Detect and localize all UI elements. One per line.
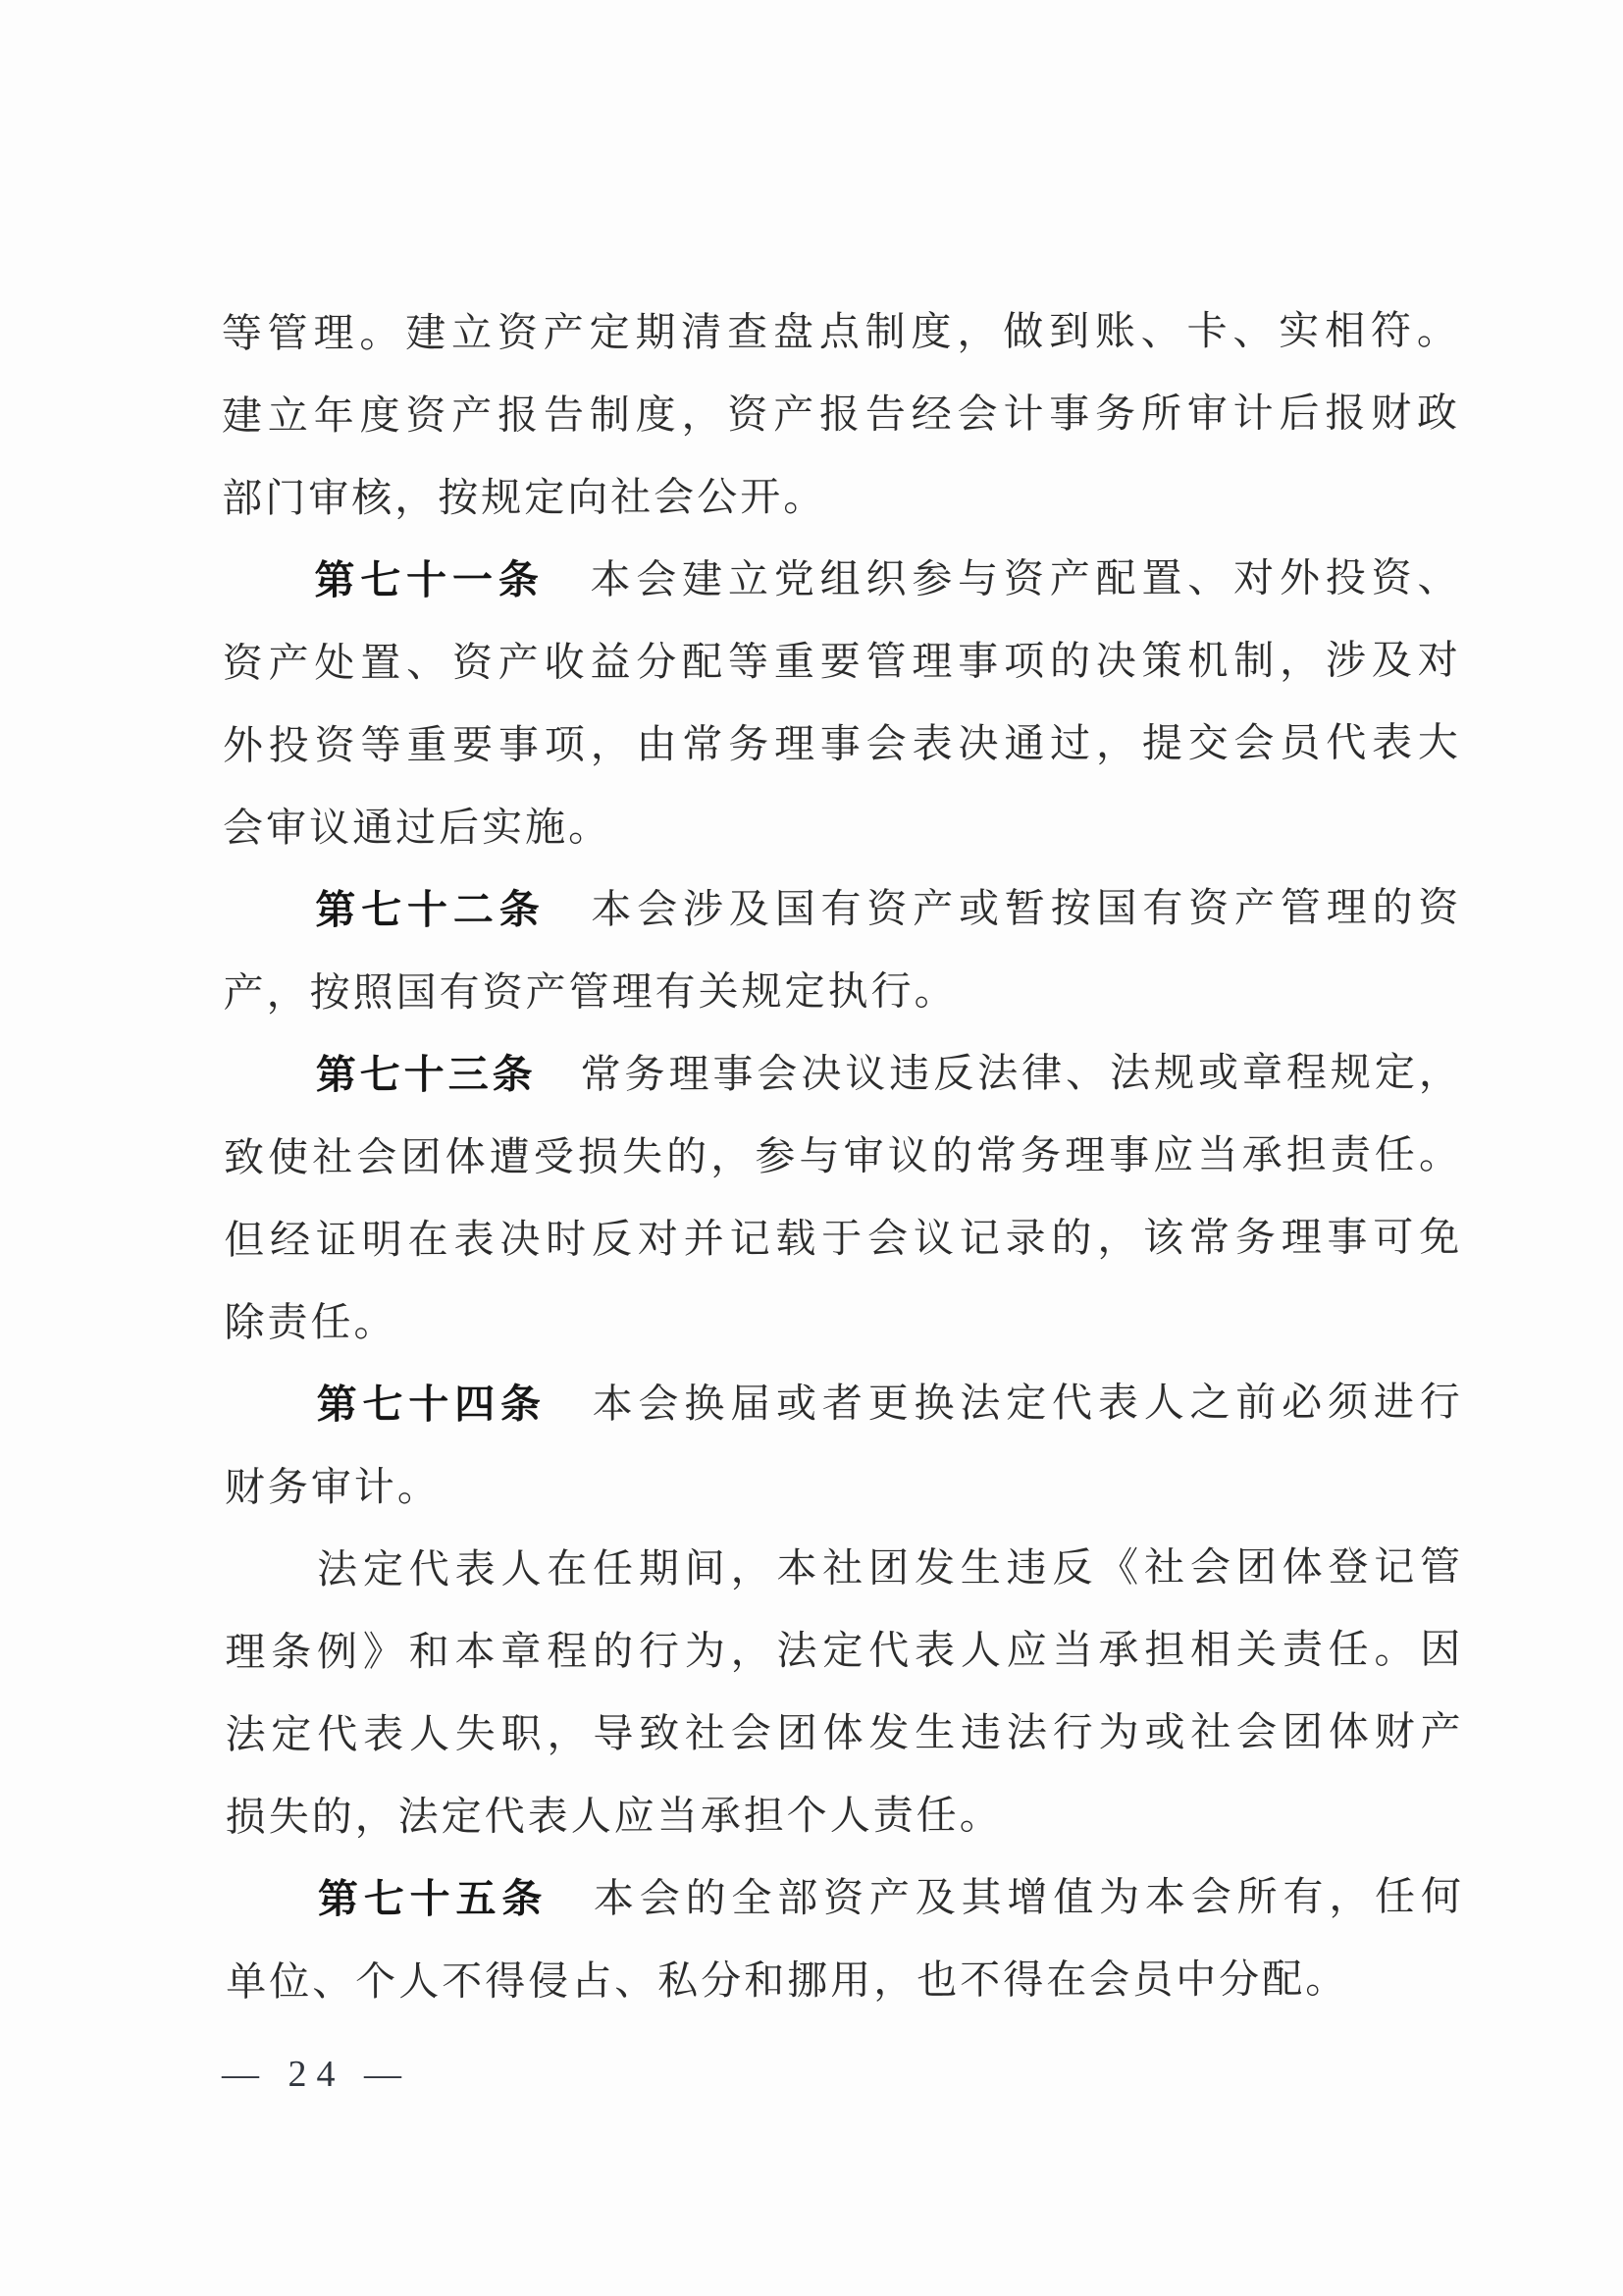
text-line: 财务审计。 (225, 1442, 1463, 1528)
text-segment: 财务审计。 (225, 1464, 441, 1510)
text-segment: 法定代表人在任期间，本社团发生违反《社会团体登记管 (317, 1543, 1463, 1592)
text-line: 部门审核，按规定向社会公开。 (222, 453, 1460, 539)
text-line: 理条例》和本章程的行为，法定代表人应当承担相关责任。因 (225, 1607, 1463, 1693)
article-number: 第七十四条 (317, 1382, 547, 1428)
text-segment: 常务理事会决议违反法律、法规或章程规定， (537, 1049, 1462, 1096)
text-segment: 本会的全部资产及其增值为本会所有，任何 (548, 1873, 1464, 1920)
text-segment: 外投资等重要事项，由常务理事会表决通过，提交会员代表大 (223, 719, 1461, 767)
text-line: 等管理。建立资产定期清查盘点制度，做到账、卡、实相符。 (222, 288, 1460, 374)
text-line: 第七十一条 本会建立党组织参与资产配置、对外投资、 (222, 536, 1460, 621)
text-line: 损失的，法定代表人应当承担个人责任。 (226, 1772, 1464, 1857)
text-segment: 但经证明在表决时反对并记载于会议记录的，该常务理事可免 (224, 1214, 1462, 1262)
text-segment: 本会换届或者更换法定代表人之前必须进行 (547, 1379, 1463, 1426)
text-segment: 会审议通过后实施。 (223, 805, 611, 851)
text-line: 法定代表人在任期间，本社团发生违反《社会团体登记管 (225, 1525, 1463, 1610)
article-number: 第七十五条 (318, 1876, 548, 1922)
text-line: 第七十四条 本会换届或者更换法定代表人之前必须进行 (225, 1360, 1463, 1445)
text-segment: 建立年度资产报告制度，资产报告经会计事务所审计后报财政 (222, 390, 1460, 438)
article-number: 第七十一条 (314, 557, 544, 603)
text-line: 产，按照国有资产管理有关规定执行。 (223, 948, 1461, 1033)
text-line: 除责任。 (224, 1278, 1462, 1363)
text-line: 第七十二条 本会涉及国有资产或暂按国有资产管理的资 (223, 865, 1461, 951)
text-segment: 理条例》和本章程的行为，法定代表人应当承担相关责任。因 (225, 1626, 1463, 1674)
page-number-footer: — 24 — (222, 2053, 411, 2096)
text-segment: 等管理。建立资产定期清查盘点制度，做到账、卡、实相符。 (222, 307, 1460, 355)
text-line: 资产处置、资产收益分配等重要管理事项的决策机制，涉及对 (223, 618, 1461, 704)
text-line: 会审议通过后实施。 (223, 783, 1461, 868)
text-segment: 本会建立党组织参与资产配置、对外投资、 (545, 554, 1461, 601)
document-body: 等管理。建立资产定期清查盘点制度，做到账、卡、实相符。建立年度资产报告制度，资产… (222, 288, 1465, 2022)
text-segment: 法定代表人失职，导致社会团体发生违法行为或社会团体财产 (225, 1708, 1463, 1756)
text-line: 法定代表人失职，导致社会团体发生违法行为或社会团体财产 (225, 1690, 1463, 1775)
text-line: 单位、个人不得侵占、私分和挪用，也不得在会员中分配。 (226, 1937, 1464, 2022)
text-line: 第七十三条 常务理事会决议违反法律、法规或章程规定， (224, 1030, 1462, 1116)
text-segment: 产，按照国有资产管理有关规定执行。 (224, 968, 958, 1016)
article-number: 第七十二条 (315, 887, 545, 933)
article-number: 第七十三条 (316, 1052, 537, 1098)
text-line: 致使社会团体遭受损失的，参与审议的常务理事应当承担责任。 (224, 1113, 1462, 1198)
text-line: 外投资等重要事项，由常务理事会表决通过，提交会员代表大 (223, 701, 1461, 786)
text-segment: 致使社会团体遭受损失的，参与审议的常务理事应当承担责任。 (224, 1131, 1462, 1179)
document-page: 等管理。建立资产定期清查盘点制度，做到账、卡、实相符。建立年度资产报告制度，资产… (0, 0, 1623, 2296)
text-line: 建立年度资产报告制度，资产报告经会计事务所审计后报财政 (222, 371, 1460, 456)
text-segment: 损失的，法定代表人应当承担个人责任。 (226, 1793, 1003, 1840)
text-segment: 除责任。 (224, 1299, 396, 1344)
text-line: 第七十五条 本会的全部资产及其增值为本会所有，任何 (226, 1854, 1464, 1940)
text-segment: 资产处置、资产收益分配等重要管理事项的决策机制，涉及对 (223, 637, 1461, 685)
text-segment: 单位、个人不得侵占、私分和挪用，也不得在会员中分配。 (226, 1957, 1348, 2005)
text-segment: 本会涉及国有资产或暂按国有资产管理的资 (545, 884, 1461, 931)
text-line: 但经证明在表决时反对并记载于会议记录的，该常务理事可免 (224, 1195, 1462, 1280)
text-segment: 部门审核，按规定向社会公开。 (222, 474, 826, 521)
